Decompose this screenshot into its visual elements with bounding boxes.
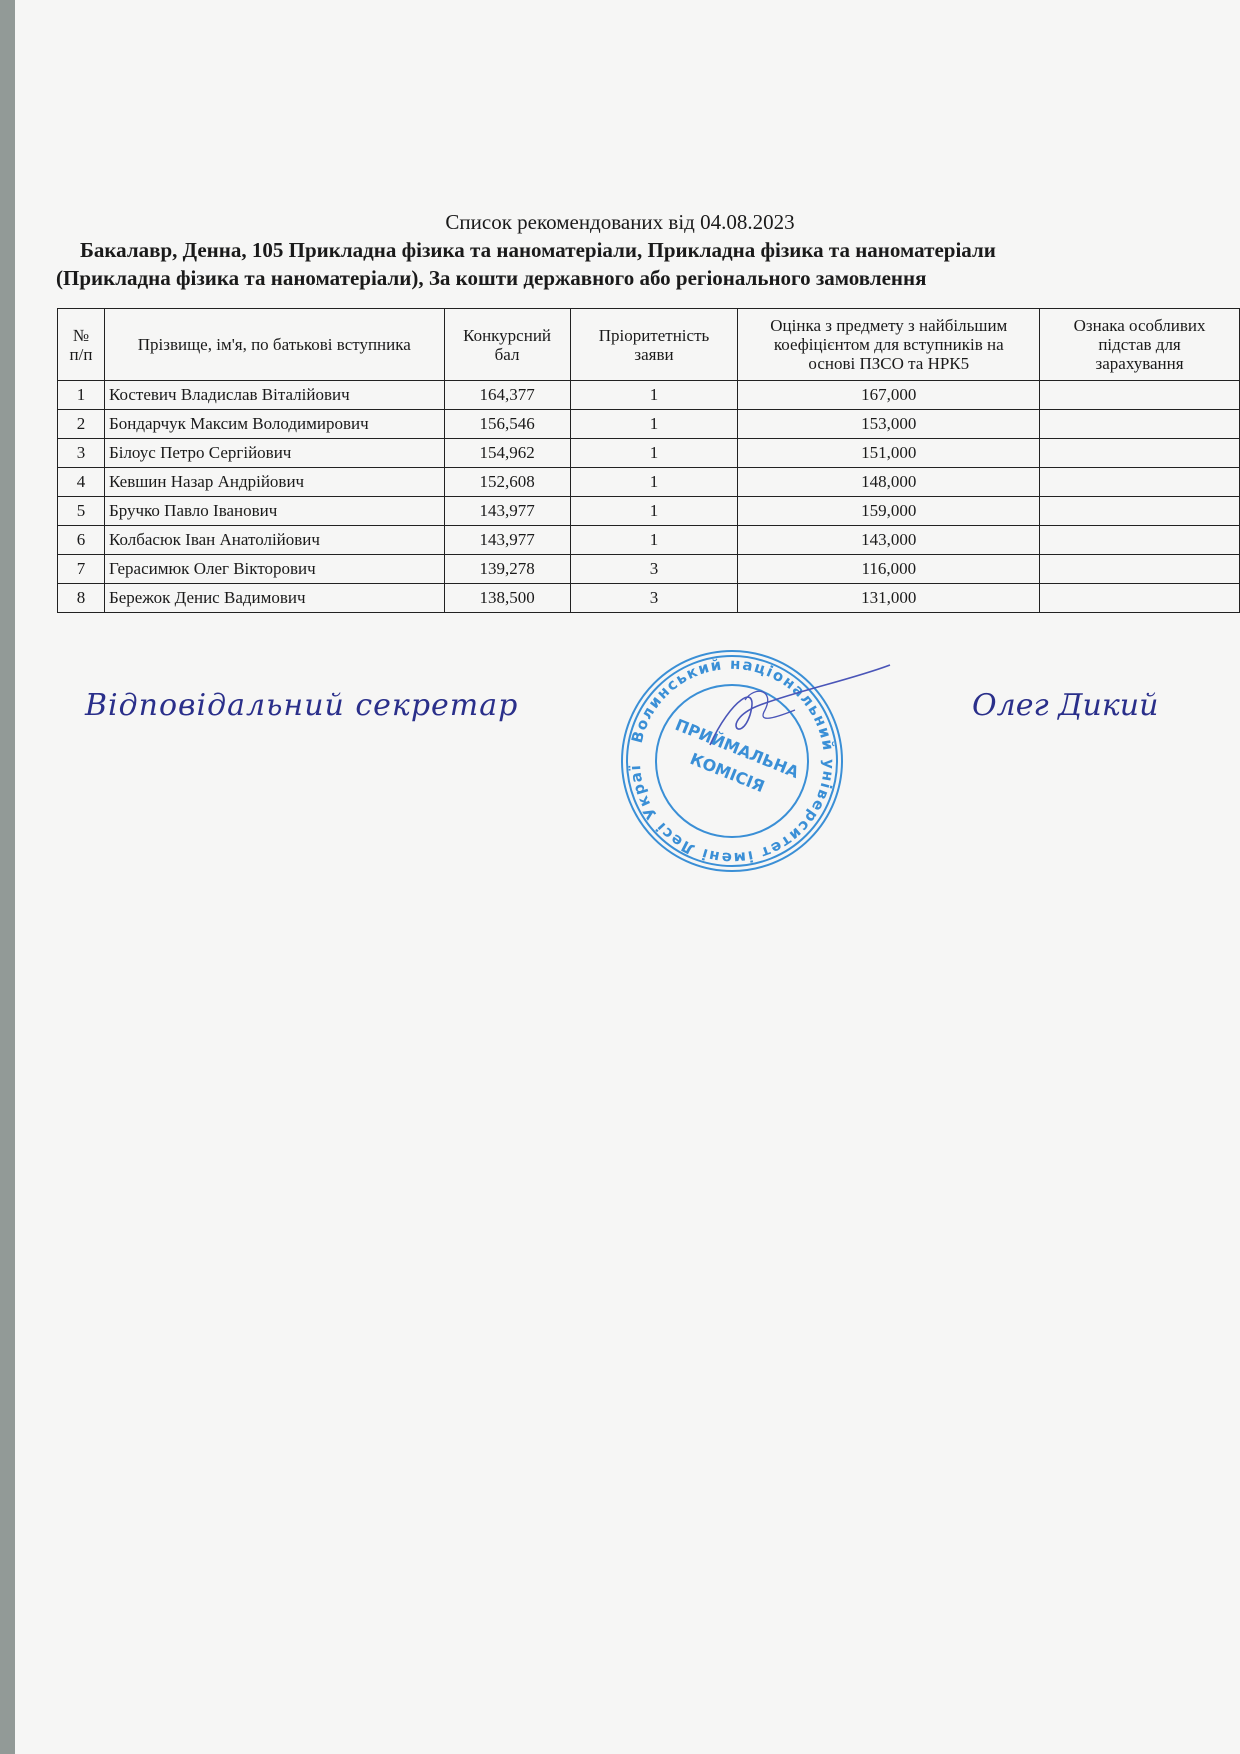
cell-special-grounds	[1040, 584, 1240, 613]
handwritten-signature-mark	[700, 660, 900, 760]
table-row: 1Костевич Владислав Віталійович164,37711…	[58, 381, 1240, 410]
cell-subject-score: 131,000	[738, 584, 1040, 613]
cell-number: 6	[58, 526, 105, 555]
table-row: 2Бондарчук Максим Володимирович156,54611…	[58, 410, 1240, 439]
cell-number: 4	[58, 468, 105, 497]
table-row: 4Кевшин Назар Андрійович152,6081148,000	[58, 468, 1240, 497]
cell-score: 138,500	[444, 584, 570, 613]
cell-subject-score: 143,000	[738, 526, 1040, 555]
cell-score: 143,977	[444, 526, 570, 555]
cell-name: Кевшин Назар Андрійович	[104, 468, 444, 497]
cell-priority: 1	[570, 439, 738, 468]
cell-priority: 3	[570, 584, 738, 613]
header-number: № п/п	[58, 309, 105, 381]
header-priority: Пріоритетність заяви	[570, 309, 738, 381]
cell-score: 139,278	[444, 555, 570, 584]
cell-number: 8	[58, 584, 105, 613]
cell-priority: 1	[570, 497, 738, 526]
cell-name: Костевич Владислав Віталійович	[104, 381, 444, 410]
cell-score: 164,377	[444, 381, 570, 410]
cell-number: 1	[58, 381, 105, 410]
cell-number: 7	[58, 555, 105, 584]
cell-subject-score: 167,000	[738, 381, 1040, 410]
cell-subject-score: 148,000	[738, 468, 1040, 497]
cell-special-grounds	[1040, 526, 1240, 555]
cell-score: 152,608	[444, 468, 570, 497]
cell-special-grounds	[1040, 381, 1240, 410]
cell-name: Колбасюк Іван Анатолійович	[104, 526, 444, 555]
cell-name: Білоус Петро Сергійович	[104, 439, 444, 468]
cell-subject-score: 159,000	[738, 497, 1040, 526]
cell-subject-score: 116,000	[738, 555, 1040, 584]
table-row: 6Колбасюк Іван Анатолійович143,9771143,0…	[58, 526, 1240, 555]
cell-number: 5	[58, 497, 105, 526]
cell-special-grounds	[1040, 410, 1240, 439]
cell-special-grounds	[1040, 497, 1240, 526]
subtitle-line-1: Бакалавр, Денна, 105 Прикладна фізика та…	[56, 236, 1236, 264]
cell-name: Бондарчук Максим Володимирович	[104, 410, 444, 439]
cell-score: 156,546	[444, 410, 570, 439]
recommended-list-table: № п/п Прізвище, ім'я, по батькові вступн…	[57, 308, 1240, 613]
cell-name: Бручко Павло Іванович	[104, 497, 444, 526]
cell-priority: 1	[570, 381, 738, 410]
cell-priority: 1	[570, 526, 738, 555]
table-header-row: № п/п Прізвище, ім'я, по батькові вступн…	[58, 309, 1240, 381]
subtitle-line-2: (Прикладна фізика та наноматеріали), За …	[56, 264, 1236, 292]
cell-priority: 1	[570, 410, 738, 439]
handwritten-signature-title: Відповідальний секретар	[85, 688, 518, 723]
handwritten-signature-name: Олег Дикий	[972, 688, 1158, 723]
cell-priority: 1	[570, 468, 738, 497]
document-subtitle: Бакалавр, Денна, 105 Прикладна фізика та…	[56, 236, 1236, 292]
cell-number: 2	[58, 410, 105, 439]
cell-score: 154,962	[444, 439, 570, 468]
document-title: Список рекомендованих від 04.08.2023	[0, 210, 1240, 234]
table-row: 7Герасимюк Олег Вікторович139,2783116,00…	[58, 555, 1240, 584]
cell-score: 143,977	[444, 497, 570, 526]
cell-special-grounds	[1040, 468, 1240, 497]
table-row: 5Бручко Павло Іванович143,9771159,000	[58, 497, 1240, 526]
cell-name: Герасимюк Олег Вікторович	[104, 555, 444, 584]
cell-number: 3	[58, 439, 105, 468]
header-subject-score: Оцінка з предмету з найбільшим коефіцієн…	[738, 309, 1040, 381]
cell-subject-score: 151,000	[738, 439, 1040, 468]
scan-edge	[0, 0, 15, 1754]
table-row: 3Білоус Петро Сергійович154,9621151,000	[58, 439, 1240, 468]
cell-subject-score: 153,000	[738, 410, 1040, 439]
cell-special-grounds	[1040, 439, 1240, 468]
cell-special-grounds	[1040, 555, 1240, 584]
cell-priority: 3	[570, 555, 738, 584]
table-row: 8Бережок Денис Вадимович138,5003131,000	[58, 584, 1240, 613]
header-name: Прізвище, ім'я, по батькові вступника	[104, 309, 444, 381]
header-special-grounds: Ознака особливих підстав для зарахування	[1040, 309, 1240, 381]
header-score: Конкурсний бал	[444, 309, 570, 381]
cell-name: Бережок Денис Вадимович	[104, 584, 444, 613]
